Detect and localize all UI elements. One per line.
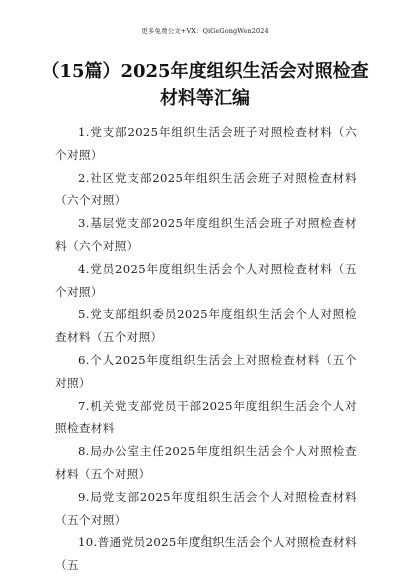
toc-item-1: 1.党支部2025年组织生活会班子对照检查材料（六个对照） [55,121,357,167]
page-number: — 1 — [0,534,410,542]
toc-item-6: 6.个人2025年度组织生活会上对照检查材料（五个对照） [55,349,357,395]
toc-item-4: 4.党员2025年度组织生活会个人对照检查材料（五个对照） [55,258,357,304]
toc-item-3: 3.基层党支部2025年度组织生活会班子对照检查材料（六个对照） [55,212,357,258]
toc-item-5: 5.党支部组织委员2025年度组织生活会个人对照检查材料（五个对照） [55,303,357,349]
toc-item-7: 7.机关党支部党员干部2025年度组织生活会个人对照检查材料 [55,395,357,441]
table-of-contents-list: 1.党支部2025年组织生活会班子对照检查材料（六个对照） 2.社区党支部202… [55,121,357,577]
document-title: （15篇）2025年度组织生活会对照检查材料等汇编 [38,58,372,112]
toc-item-9: 9.局党支部2025年度组织生活会个人对照检查材料（五个对照） [55,486,357,532]
toc-item-2: 2.社区党支部2025年组织生活会班子对照检查材料（六个对照） [55,167,357,213]
toc-item-8: 8.局办公室主任2025年度组织生活会个人对照检查材料（五个对照） [55,440,357,486]
page-header-notice: 更多免费公文+VX：QiGeGongWen2024 [0,26,410,35]
